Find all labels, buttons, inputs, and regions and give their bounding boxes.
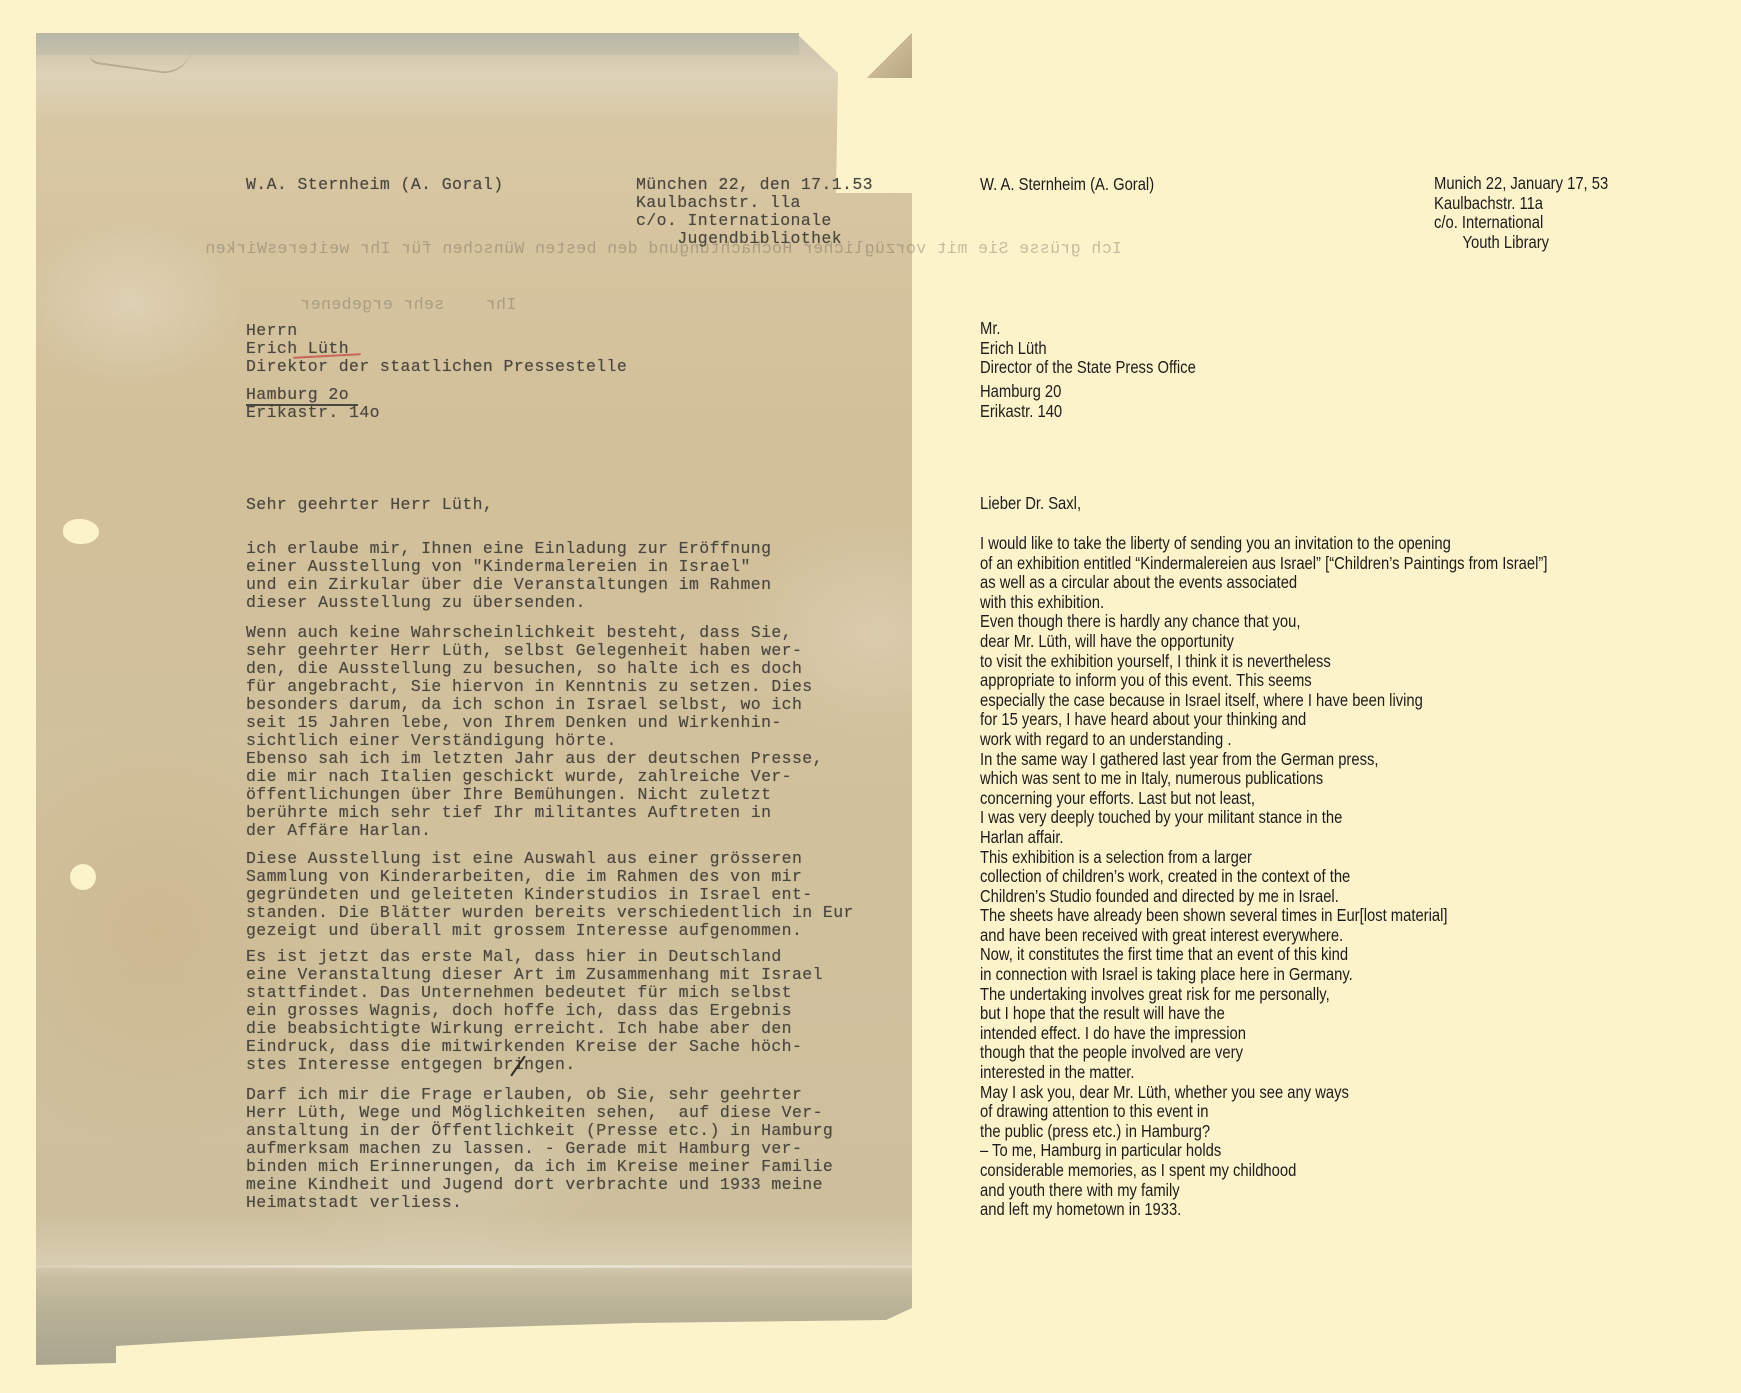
translation-line: which was sent to me in Italy, numerous … xyxy=(980,769,1547,789)
text-line: ich erlaube mir, Ihnen eine Einladung zu… xyxy=(246,540,771,558)
text-line: Ebenso sah ich im letzten Jahr aus der d… xyxy=(246,750,823,768)
text-line: sichtlich einer Verständigung hörte. xyxy=(246,732,823,750)
text-line: die beabsichtigte Wirkung erreicht. Ich … xyxy=(246,1020,823,1038)
punch-hole-icon xyxy=(70,864,96,890)
translation-salutation: Lieber Dr. Saxl, xyxy=(980,494,1081,514)
translation-line: Even though there is hardly any chance t… xyxy=(980,612,1547,632)
translation-line: dear Mr. Lüth, will have the opportunity xyxy=(980,632,1547,652)
translation-line: – To me, Hamburg in particular holds xyxy=(980,1141,1547,1161)
translation-line: appropriate to inform you of this event.… xyxy=(980,671,1547,691)
bleed-line: Ihr xyxy=(485,295,681,314)
original-paragraph-4: Es ist jetzt das erste Mal, dass hier in… xyxy=(246,948,823,1074)
text-line: seit 15 Jahren lebe, von Ihrem Denken un… xyxy=(246,714,823,732)
translation-line: to visit the exhibition yourself, I thin… xyxy=(980,652,1547,672)
recipient-line: Director of the State Press Office xyxy=(980,358,1196,378)
recipient-line: Erich Lüth xyxy=(980,339,1196,359)
address-line: c/o. International xyxy=(1434,213,1608,233)
bleed-line: und den besten Wünschen für Ihr weiteres xyxy=(267,239,679,258)
text-line: Sammlung von Kinderarbeiten, die im Rahm… xyxy=(246,868,854,886)
bleed-line: Wirken xyxy=(205,239,267,258)
text-line: öffentlichungen über Ihre Bemühungen. Ni… xyxy=(246,786,823,804)
text-line: aufmerksam machen zu lassen. - Gerade mi… xyxy=(246,1140,833,1158)
text-line: der Affäre Harlan. xyxy=(246,822,823,840)
translation-line: of drawing attention to this event in xyxy=(980,1102,1547,1122)
punch-hole-icon xyxy=(63,519,99,544)
original-address-block: München 22, den 17.1.53Kaulbachstr. llac… xyxy=(636,176,873,248)
address-line: Jugendbibliothek xyxy=(636,230,873,248)
recipient-line: Herrn xyxy=(246,322,627,340)
translation-body: I would like to take the liberty of send… xyxy=(980,534,1547,1220)
text-line: Diese Ausstellung ist eine Auswahl aus e… xyxy=(246,850,854,868)
recipient-address-line: Erikastr. 140 xyxy=(980,402,1062,422)
translation-line: in connection with Israel is taking plac… xyxy=(980,965,1547,985)
text-line: ein grosses Wagnis, doch hoffe ich, dass… xyxy=(246,1002,823,1020)
translation-line: but I hope that the result will have the xyxy=(980,1004,1547,1024)
text-line: anstaltung in der Öffentlichkeit (Presse… xyxy=(246,1122,833,1140)
text-line: Heimatstadt verliess. xyxy=(246,1194,833,1212)
translation-line: and have been received with great intere… xyxy=(980,926,1547,946)
original-salutation: Sehr geehrter Herr Lüth, xyxy=(246,496,493,514)
translation-line: with this exhibition. xyxy=(980,593,1547,613)
translation-line: May I ask you, dear Mr. Lüth, whether yo… xyxy=(980,1083,1547,1103)
original-recipient: HerrnErich LüthDirektor der staatlichen … xyxy=(246,322,627,376)
original-sender: W.A. Sternheim (A. Goral) xyxy=(246,176,504,194)
folded-corner xyxy=(867,33,912,78)
text-line: eine Veranstaltung dieser Art im Zusamme… xyxy=(246,966,823,984)
text-line: und ein Zirkular über die Veranstaltunge… xyxy=(246,576,771,594)
text-line: Wenn auch keine Wahrscheinlichkeit beste… xyxy=(246,624,823,642)
text-line: einer Ausstellung von "Kindermalereien i… xyxy=(246,558,771,576)
translation-line: I would like to take the liberty of send… xyxy=(980,534,1547,554)
translation-recipient-address: Hamburg 20Erikastr. 140 xyxy=(980,382,1062,421)
recipient-line: Mr. xyxy=(980,319,1196,339)
translation-line: Children’s Studio founded and directed b… xyxy=(980,887,1547,907)
text-line: dieser Ausstellung zu übersenden. xyxy=(246,594,771,612)
recipient-address-line: Erikastr. 14o xyxy=(246,404,380,422)
text-line: sehr geehrter Herr Lüth, selbst Gelegenh… xyxy=(246,642,823,660)
bleed-line: sehr ergebener xyxy=(300,295,485,314)
translation-line: for 15 years, I have heard about your th… xyxy=(980,710,1547,730)
text-line: Herr Lüth, Wege und Möglichkeiten sehen,… xyxy=(246,1104,833,1122)
translation-line: and youth there with my family xyxy=(980,1181,1547,1201)
original-paragraph-3: Diese Ausstellung ist eine Auswahl aus e… xyxy=(246,850,854,940)
text-line: besonders darum, da ich schon in Israel … xyxy=(246,696,823,714)
address-line: München 22, den 17.1.53 xyxy=(636,176,873,194)
text-line: meine Kindheit und Jugend dort verbracht… xyxy=(246,1176,833,1194)
translation-line: This exhibition is a selection from a la… xyxy=(980,848,1547,868)
translation-line: especially the case because in Israel it… xyxy=(980,691,1547,711)
translation-line: the public (press etc.) in Hamburg? xyxy=(980,1122,1547,1142)
text-line: die mir nach Italien geschickt wurde, za… xyxy=(246,768,823,786)
recipient-address-line: Hamburg 20 xyxy=(980,382,1062,402)
translation-line: In the same way I gathered last year fro… xyxy=(980,750,1547,770)
text-line: Es ist jetzt das erste Mal, dass hier in… xyxy=(246,948,823,966)
translation-sender: W. A. Sternheim (A. Goral) xyxy=(980,175,1154,195)
address-line: Kaulbachstr. 11a xyxy=(1434,194,1608,214)
address-line: c/o. Internationale xyxy=(636,212,873,230)
translation-line: and left my hometown in 1933. xyxy=(980,1200,1547,1220)
text-line: Darf ich mir die Frage erlauben, ob Sie,… xyxy=(246,1086,833,1104)
paper-fold-line xyxy=(36,1265,912,1268)
recipient-address-line: Hamburg 2o xyxy=(246,386,380,404)
translation-address-block: Munich 22, January 17, 53Kaulbachstr. 11… xyxy=(1434,174,1608,252)
recipient-line: Direktor der staatlichen Pressestelle xyxy=(246,358,627,376)
original-paragraph-1: ich erlaube mir, Ihnen eine Einladung zu… xyxy=(246,540,771,612)
text-line: berührte mich sehr tief Ihr militantes A… xyxy=(246,804,823,822)
text-line: gegründeten und geleiteten Kinderstudios… xyxy=(246,886,854,904)
translation-line: work with regard to an understanding . xyxy=(980,730,1547,750)
translation-line: The sheets have already been shown sever… xyxy=(980,906,1547,926)
ink-underline xyxy=(246,404,358,406)
translation-line: Harlan affair. xyxy=(980,828,1547,848)
original-paragraph-5: Darf ich mir die Frage erlauben, ob Sie,… xyxy=(246,1086,833,1212)
text-line: standen. Die Blätter wurden bereits vers… xyxy=(246,904,854,922)
translation-line: considerable memories, as I spent my chi… xyxy=(980,1161,1547,1181)
address-line: Kaulbachstr. lla xyxy=(636,194,873,212)
bleed-through-closing: Ihr sehr ergebener xyxy=(300,296,681,314)
translation-line: intended effect. I do have the impressio… xyxy=(980,1024,1547,1044)
translation-line: as well as a circular about the events a… xyxy=(980,573,1547,593)
text-line: den, die Ausstellung zu besuchen, so hal… xyxy=(246,660,823,678)
translation-line: concerning your efforts. Last but not le… xyxy=(980,789,1547,809)
translation-line: collection of children’s work, created i… xyxy=(980,867,1547,887)
text-line: für angebracht, Sie hiervon in Kenntnis … xyxy=(246,678,823,696)
translation-line: of an exhibition entitled “Kindermalerei… xyxy=(980,554,1547,574)
translation-recipient: Mr.Erich LüthDirector of the State Press… xyxy=(980,319,1196,378)
translation-line: Now, it constitutes the first time that … xyxy=(980,945,1547,965)
original-paragraph-2: Wenn auch keine Wahrscheinlichkeit beste… xyxy=(246,624,823,840)
translation-line: though that the people involved are very xyxy=(980,1043,1547,1063)
text-line: stattfindet. Das Unternehmen bedeutet fü… xyxy=(246,984,823,1002)
address-line: Youth Library xyxy=(1434,233,1608,253)
text-line: stes Interesse entgegen bringen. xyxy=(246,1056,823,1074)
translation-line: interested in the matter. xyxy=(980,1063,1547,1083)
text-line: Eindruck, dass die mitwirkenden Kreise d… xyxy=(246,1038,823,1056)
translation-line: I was very deeply touched by your milita… xyxy=(980,808,1547,828)
address-line: Munich 22, January 17, 53 xyxy=(1434,174,1608,194)
text-line: gezeigt und überall mit grossem Interess… xyxy=(246,922,854,940)
translation-line: The undertaking involves great risk for … xyxy=(980,985,1547,1005)
text-line: binden mich Erinnerungen, da ich im Krei… xyxy=(246,1158,833,1176)
